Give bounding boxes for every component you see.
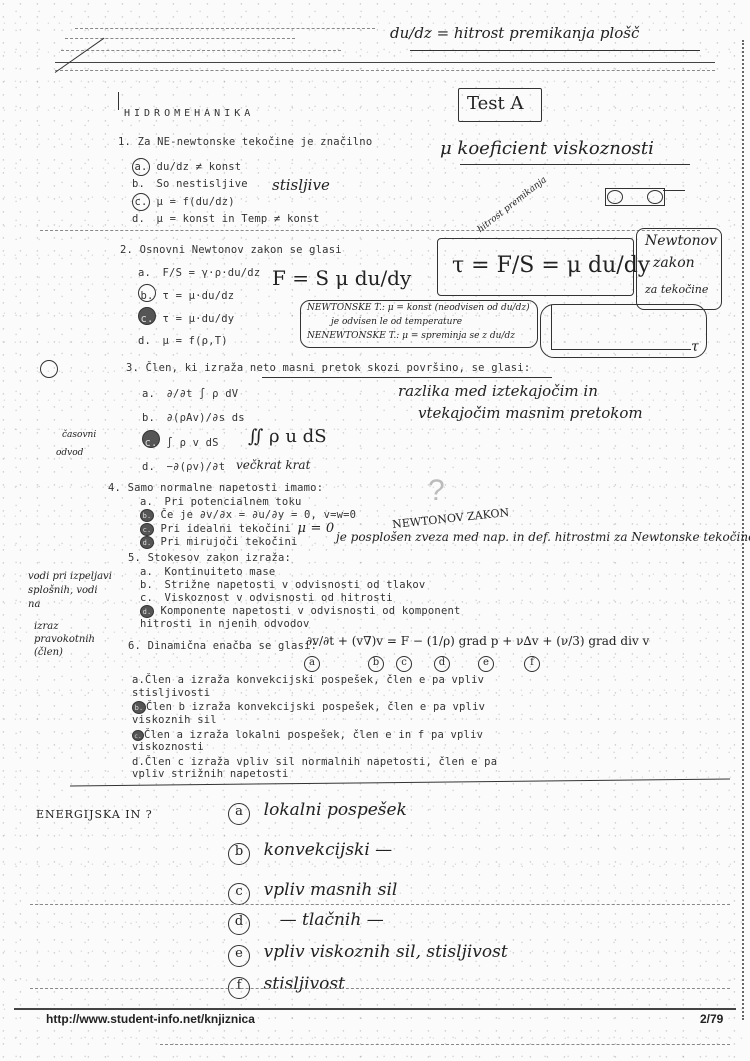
q5-margin-note: vodi pri izpeljavi splošnih, vodi na [28, 570, 112, 612]
q2: 2. Osnovni Newtonov zakon se glasi [120, 244, 342, 256]
q4-options: a. Pri potencialnem toku b. Če je ∂v/∂x … [140, 496, 356, 549]
q2-option-c[interactable]: c. τ = μ·du/dy [138, 307, 260, 330]
answer-mark-filled: c. [140, 523, 154, 536]
q3-option-c[interactable]: c. ∫ ρ v dS [142, 430, 245, 455]
q2-text: Osnovni Newtonov zakon se glasi [140, 244, 342, 256]
q6: 6. Dinamična enačba se glasi: [128, 640, 317, 652]
q2-option-d[interactable]: d. μ = f(ρ,T) [138, 330, 260, 352]
q2-note-box: NEWTONSKE T.: μ = konst (neodvisen od du… [300, 300, 538, 348]
q5-text: Stokesov zakon izraža: [148, 552, 291, 564]
footer-rule [14, 1008, 736, 1010]
answer-mark-filled: b. [132, 701, 146, 714]
q3-margin-note-1: časovni [62, 430, 96, 440]
q5-option-a[interactable]: a. Kontinuiteto mase [140, 566, 480, 579]
q3: 3. Člen, ki izraža neto masni pretok sko… [126, 362, 530, 374]
q3-text: Člen, ki izraža neto masni pretok skozi … [146, 362, 531, 374]
plate-sketch [605, 178, 685, 208]
question-mark: ? [428, 474, 445, 508]
q2-number: 2. [120, 244, 133, 256]
mu-annotation: μ koeficient viskoznosti [440, 138, 654, 159]
q6-option-c[interactable]: c.Člen a izraža lokalni pospešek, člen e… [132, 729, 512, 754]
q2-graph: τ [540, 304, 707, 358]
q3-option-a[interactable]: a. ∂/∂t ∫ ρ dV [142, 382, 245, 406]
energy-label: ENERGIJSKA IN ? [36, 808, 153, 821]
q3-option-b[interactable]: b. ∂(ρAv)/∂s ds [142, 406, 245, 430]
q4: 4. Samo normalne napetosti imamo: [108, 482, 323, 494]
margin-mark [40, 360, 58, 378]
energy-item: d — tlačnih — [228, 910, 528, 935]
q2-options: a. F/S = γ·ρ·du/dz b. τ = μ·du/dz c. τ =… [138, 262, 260, 352]
q2-boxed-formula: τ = F/S = μ du/dy [437, 238, 634, 296]
q3-handwritten-d: večkrat krat [236, 458, 310, 472]
answer-mark-filled: d. [140, 536, 154, 549]
answer-mark: c. [132, 193, 150, 211]
scan-line [40, 230, 700, 231]
q3-handwritten-1: razlika med iztekajočim in [398, 382, 598, 400]
q6-margin-note: izraz pravokotnih (člen) [34, 620, 95, 659]
q3-margin-note-2: odvod [56, 448, 83, 458]
q3-option-d[interactable]: d. −∂(ρv)/∂t [142, 455, 245, 479]
q4-text: Samo normalne napetosti imamo: [128, 482, 324, 494]
q5-number: 5. [128, 552, 141, 564]
energy-item: c vpliv masnih sil [228, 880, 528, 905]
answer-mark-filled: b. [140, 509, 154, 522]
energy-item: a lokalni pospešek [228, 800, 528, 825]
q6-options: a.Člen a izraža konvekcijski pospešek, č… [132, 674, 512, 781]
q1-text: Za NE-newtonske tekočine je značilno [138, 136, 373, 148]
q2-handwritten-formula: F = S μ du/dy [272, 266, 411, 290]
q2-option-a[interactable]: a. F/S = γ·ρ·du/dz [138, 262, 260, 284]
q4-option-a[interactable]: a. Pri potencialnem toku [140, 496, 356, 509]
q3-number: 3. [126, 362, 139, 374]
q5-options: a. Kontinuiteto mase b. Strižne napetost… [140, 566, 480, 631]
q4-handwritten: μ = 0 [298, 521, 335, 536]
q1-handwritten: stisljive [272, 176, 330, 194]
q3-options: a. ∂/∂t ∫ ρ dV b. ∂(ρAv)/∂s ds c. ∫ ρ v … [142, 382, 245, 479]
scan-line [30, 904, 730, 905]
energy-item: f stisljivost [228, 974, 528, 999]
answer-mark: b. [138, 284, 156, 302]
q3-handwritten-2: vtekajočim masnim pretokom [418, 404, 643, 422]
answer-mark-filled: c. [138, 307, 156, 325]
footer-url-link[interactable]: http://www.student-info.net/knjiznica [46, 1012, 255, 1026]
q5: 5. Stokesov zakon izraža: [128, 552, 291, 564]
q6-formula: ∂v/∂t + (v∇)v = F − (1/ρ) grad p + ν∆v +… [306, 634, 649, 648]
q1-option-d[interactable]: d. μ = konst in Temp ≠ konst [132, 211, 320, 228]
energy-item: b konvekcijski — [228, 840, 528, 865]
q5-handwritten: je posplošen zveza med nap. in def. hitr… [336, 530, 750, 544]
q6-option-a[interactable]: a.Člen a izraža konvekcijski pospešek, č… [132, 674, 512, 699]
q5-option-b[interactable]: b. Strižne napetosti v odvisnosti od tla… [140, 579, 480, 592]
answer-mark-filled: c. [142, 430, 160, 448]
answer-mark-filled: c. [132, 730, 144, 741]
energy-item: e vpliv viskoznih sil, stisljivost [228, 942, 548, 967]
q6-option-b[interactable]: b.Člen b izraža konvekcijski pospešek, č… [132, 701, 512, 727]
q5-handwritten-top: NEWTONOV ZAKON [392, 506, 510, 531]
q6-text: Dinamična enačba se glasi: [148, 640, 318, 652]
q4-number: 4. [108, 482, 121, 494]
top-handwritten-note: du/dz = hitrost premikanja plošč [390, 24, 639, 42]
q6-option-d[interactable]: d.Člen c izraža vpliv sil normalnih nape… [132, 756, 512, 781]
plate-note: hitrost premikanja [476, 175, 549, 235]
mu-underline [460, 164, 690, 165]
title-mark [118, 92, 119, 110]
test-label-box: Test A [458, 88, 542, 122]
q1: 1. Za NE-newtonske tekočine je značilno [118, 136, 372, 148]
graph-axis-label: τ [691, 339, 699, 355]
test-label: Test A [467, 93, 523, 114]
q2-option-b[interactable]: b. τ = μ·du/dz [138, 284, 260, 307]
q3-handwritten-formula: ∬ ρ u dS [248, 426, 327, 447]
scan-line [160, 1044, 730, 1045]
q5-option-d[interactable]: d. Komponente napetosti v odvisnosti od … [140, 605, 480, 631]
q5-option-c[interactable]: c. Viskoznost v odvisnosti od hitrosti [140, 592, 480, 605]
answer-mark: a. [132, 158, 150, 176]
q2-side-note-box: Newtonov zakon za tekočine [636, 228, 722, 310]
q1-option-a[interactable]: a. du/dz ≠ konst [132, 158, 320, 176]
scan-line [30, 988, 730, 989]
q4-option-d[interactable]: d. Pri mirujoči tekočini [140, 536, 356, 549]
q6-number: 6. [128, 640, 141, 652]
page-title: HIDROMEHANIKA [124, 108, 254, 119]
q3-underline [262, 377, 552, 378]
q1-option-c[interactable]: c. μ = f(du/dz) [132, 193, 320, 211]
q4-option-c[interactable]: c. Pri idealni tekočini μ = 0 [140, 522, 356, 536]
answer-mark-filled: d. [140, 605, 154, 618]
top-note-underline [410, 50, 700, 51]
page-number: 2/79 [700, 1012, 723, 1026]
q1-number: 1. [118, 136, 131, 148]
